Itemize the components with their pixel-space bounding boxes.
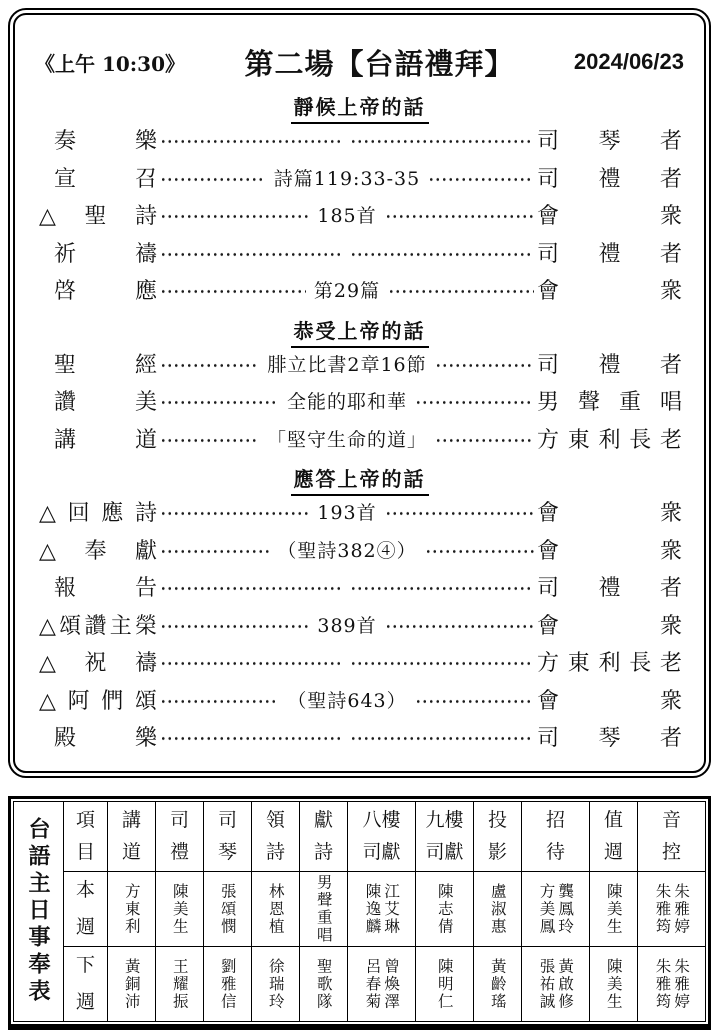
program-person: 會衆	[537, 534, 682, 565]
program-item: 奏樂	[39, 124, 157, 155]
duty-cell: 盧淑惠	[474, 872, 522, 947]
dotted-leader	[160, 159, 266, 197]
dotted-leader	[160, 234, 344, 272]
program-row: 聖經 腓立比書2章16節 司禮者	[31, 345, 688, 383]
duty-cell: 聖歌隊	[300, 947, 348, 1022]
dotted-leader	[350, 718, 534, 756]
dotted-leader	[388, 271, 534, 309]
dotted-leader	[350, 643, 534, 681]
duty-cell: 江艾琳 陳逸麟	[348, 872, 416, 947]
duty-cell: 方東利	[108, 872, 156, 947]
program-person: 方東利長老	[537, 646, 682, 677]
program-item: 讚美	[39, 385, 157, 416]
duty-column-header: 領 詩	[252, 802, 300, 872]
program-person: 司禮者	[537, 237, 682, 268]
program-row: △聖詩 185首 會衆	[31, 196, 688, 234]
duty-cell: 王耀振	[156, 947, 204, 1022]
program-detail: （聖詩382④）	[272, 536, 421, 563]
program-row: △奉獻 （聖詩382④） 會衆	[31, 531, 688, 569]
dotted-leader	[415, 382, 534, 420]
duty-column-header: 司 禮	[156, 802, 204, 872]
duty-cell: 龔鳳玲 方美鳳	[522, 872, 590, 947]
duty-cell: 陳美生	[590, 947, 638, 1022]
program-item: △回應詩	[39, 496, 157, 527]
dotted-leader	[350, 568, 534, 606]
program-row: △頌讚主榮 389首 會衆	[31, 606, 688, 644]
program-row: 講道 「堅守生命的道」 方東利長老	[31, 420, 688, 458]
program-detail: 第29篇	[309, 276, 385, 303]
program-person: 司禮者	[537, 348, 682, 379]
duty-cell: 黃銅沛	[108, 947, 156, 1022]
duty-cell: 林恩植	[252, 872, 300, 947]
program-person: 會衆	[537, 609, 682, 640]
duty-side-label: 台語主日事奉表	[14, 802, 64, 1022]
duty-cell: 張頌憫	[204, 872, 252, 947]
dotted-leader	[160, 606, 309, 644]
dotted-leader	[160, 121, 344, 159]
duty-row-label: 本 週	[64, 872, 108, 947]
program-person: 會衆	[537, 274, 682, 305]
dotted-leader	[160, 568, 344, 606]
dotted-leader	[160, 345, 259, 383]
service-time: 《上午 10:30》	[35, 48, 185, 77]
program-row: 啓應 第29篇 會衆	[31, 271, 688, 309]
duty-cell: 黃齡瑤	[474, 947, 522, 1022]
duty-cell: 徐瑞玲	[252, 947, 300, 1022]
duty-cell: 曾煥澤 呂春菊	[348, 947, 416, 1022]
program-item: △奉獻	[39, 534, 157, 565]
program-detail: 腓立比書2章16節	[262, 350, 431, 377]
duty-column-header: 音 控	[638, 802, 706, 872]
program-person: 方東利長老	[537, 423, 682, 454]
dotted-leader	[160, 643, 344, 681]
program-item: △祝禱	[39, 646, 157, 677]
program-item: 殿樂	[39, 721, 157, 752]
program-person: 會衆	[537, 684, 682, 715]
section-heading: 恭受上帝的話	[31, 309, 688, 345]
program-person: 司琴者	[537, 721, 682, 752]
program-detail: 全能的耶和華	[282, 387, 412, 414]
program-person: 司琴者	[537, 124, 682, 155]
program-person: 司禮者	[537, 571, 682, 602]
duty-row-this-week: 本 週 方東利 陳美生 張頌憫 林恩植 男聲重唱 江艾琳 陳逸麟 陳志倩 盧淑惠…	[14, 872, 706, 947]
program-box: 《上午 10:30》 第二場【台語禮拜】 2024/06/23 靜候上帝的話 奏…	[8, 8, 711, 778]
program-item: △聖詩	[39, 199, 157, 230]
program-row: 殿樂 司琴者	[31, 718, 688, 756]
duty-cell: 朱雅婷 朱雅筠	[638, 947, 706, 1022]
duty-cell: 陳明仁	[416, 947, 474, 1022]
dotted-leader	[350, 234, 534, 272]
program-item: 講道	[39, 423, 157, 454]
section-heading: 靜候上帝的話	[31, 85, 688, 121]
duty-column-header: 司 琴	[204, 802, 252, 872]
program-person: 會衆	[537, 199, 682, 230]
dotted-leader	[160, 382, 279, 420]
duty-cell: 劉雅信	[204, 947, 252, 1022]
service-date: 2024/06/23	[574, 49, 684, 75]
page-title: 第二場【台語禮拜】	[185, 42, 574, 83]
program-detail: 193首	[312, 498, 381, 525]
duty-row-label: 下 週	[64, 947, 108, 1022]
duty-column-header: 九樓 司獻	[416, 802, 474, 872]
dotted-leader	[160, 531, 269, 569]
duty-column-header: 招 待	[522, 802, 590, 872]
duty-roster-table: 台語主日事奉表 項 目 講 道 司 禮 司 琴 領 詩 獻 詩 八樓 司獻 九樓…	[8, 796, 711, 1030]
dotted-leader	[160, 420, 259, 458]
program-person: 司禮者	[537, 162, 682, 193]
dotted-leader	[160, 493, 309, 531]
duty-column-header: 八樓 司獻	[348, 802, 416, 872]
program-person: 男聲重唱	[537, 385, 682, 416]
program-row: 讚美 全能的耶和華 男聲重唱	[31, 382, 688, 420]
duty-column-header: 投 影	[474, 802, 522, 872]
dotted-leader	[160, 196, 309, 234]
dotted-leader	[435, 420, 534, 458]
program-detail: 詩篇119:33-35	[269, 164, 425, 191]
program-detail: 「堅守生命的道」	[262, 425, 432, 452]
program-detail: 389首	[312, 611, 381, 638]
duty-cell: 男聲重唱	[300, 872, 348, 947]
dotted-leader	[160, 271, 306, 309]
program-row: 報告 司禮者	[31, 568, 688, 606]
duty-row-next-week: 下 週 黃銅沛 王耀振 劉雅信 徐瑞玲 聖歌隊 曾煥澤 呂春菊 陳明仁 黃齡瑤 …	[14, 947, 706, 1022]
bulletin-header: 《上午 10:30》 第二場【台語禮拜】 2024/06/23	[31, 39, 688, 85]
dotted-leader	[415, 681, 534, 719]
duty-cell: 朱雅婷 朱雅筠	[638, 872, 706, 947]
dotted-leader	[160, 718, 344, 756]
program-detail: （聖詩643）	[282, 686, 411, 713]
duty-column-header: 獻 詩	[300, 802, 348, 872]
duty-cell: 黃啟修 張祐誠	[522, 947, 590, 1022]
program-item: △阿們頌	[39, 684, 157, 715]
dotted-leader	[160, 681, 279, 719]
duty-cell: 陳美生	[156, 872, 204, 947]
dotted-leader	[385, 493, 534, 531]
dotted-leader	[350, 121, 534, 159]
duty-cell: 陳志倩	[416, 872, 474, 947]
dotted-leader	[435, 345, 534, 383]
program-item: 祈禱	[39, 237, 157, 268]
program-row: 奏樂 司琴者	[31, 121, 688, 159]
program-box-inner: 《上午 10:30》 第二場【台語禮拜】 2024/06/23 靜候上帝的話 奏…	[13, 13, 706, 773]
program-item: 啓應	[39, 274, 157, 305]
dotted-leader	[385, 606, 534, 644]
section-heading: 應答上帝的話	[31, 457, 688, 493]
duty-column-header: 項 目	[64, 802, 108, 872]
program-detail: 185首	[312, 201, 381, 228]
program-row: 祈禱 司禮者	[31, 234, 688, 272]
duty-cell: 陳美生	[590, 872, 638, 947]
duty-column-header: 值 週	[590, 802, 638, 872]
program-row: △回應詩 193首 會衆	[31, 493, 688, 531]
dotted-leader	[425, 531, 534, 569]
duty-column-header: 講 道	[108, 802, 156, 872]
program-item: 聖經	[39, 348, 157, 379]
dotted-leader	[385, 196, 534, 234]
program-item: △頌讚主榮	[39, 609, 157, 640]
program-row: △祝禱 方東利長老	[31, 643, 688, 681]
program-item: 報告	[39, 571, 157, 602]
program-item: 宣召	[39, 162, 157, 193]
program-row: △阿們頌 （聖詩643） 會衆	[31, 681, 688, 719]
program-row: 宣召 詩篇119:33-35 司禮者	[31, 159, 688, 197]
program-person: 會衆	[537, 496, 682, 527]
dotted-leader	[428, 159, 534, 197]
